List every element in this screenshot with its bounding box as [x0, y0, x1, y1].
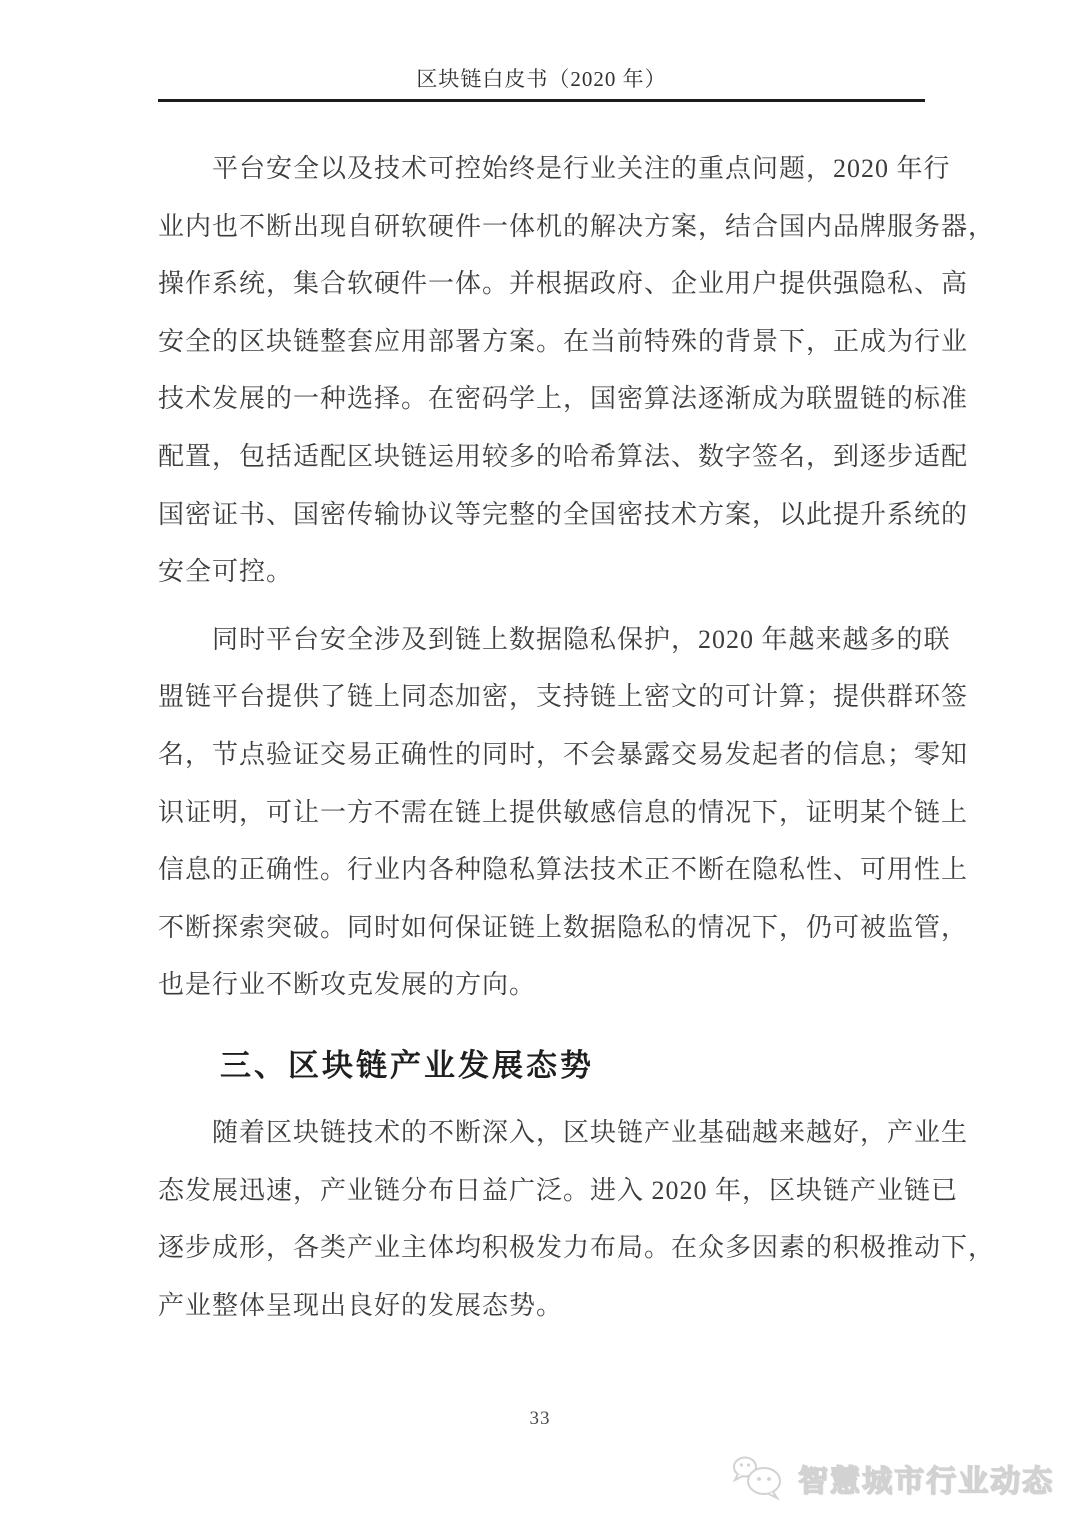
text-line: 技术发展的一种选择。在密码学上，国密算法逐渐成为联盟链的标准	[158, 370, 928, 428]
paragraph: 同时平台安全涉及到链上数据隐私保护，2020 年越来越多的联盟链平台提供了链上同…	[158, 611, 928, 1014]
text-line: 随着区块链技术的不断深入，区块链产业基础越来越好，产业生	[158, 1104, 928, 1162]
paragraph: 随着区块链技术的不断深入，区块链产业基础越来越好，产业生态发展迅速，产业链分布日…	[158, 1104, 928, 1334]
text-line: 信息的正确性。行业内各种隐私算法技术正不断在隐私性、可用性上	[158, 841, 928, 899]
wechat-chat-bubbles-icon	[730, 1454, 788, 1502]
header-rule	[158, 99, 925, 102]
text-line: 配置，包括适配区块链运用较多的哈希算法、数字签名，到逐步适配	[158, 428, 928, 486]
text-line: 也是行业不断攻克发展的方向。	[158, 956, 928, 1014]
page-number: 33	[0, 1408, 1080, 1430]
page-header: 区块链白皮书（2020 年）	[0, 0, 1080, 102]
document-blocks: 平台安全以及技术可控始终是行业关注的重点问题，2020 年行业内也不断出现自研软…	[158, 140, 928, 1334]
watermark: 智慧城市行业动态	[730, 1454, 1054, 1502]
text-line: 盟链平台提供了链上同态加密，支持链上密文的可计算；提供群环签	[158, 668, 928, 726]
text-line: 不断探索突破。同时如何保证链上数据隐私的情况下，仍可被监管，	[158, 899, 928, 957]
text-line: 操作系统，集合软硬件一体。并根据政府、企业用户提供强隐私、高	[158, 255, 928, 313]
page-header-title: 区块链白皮书（2020 年）	[158, 66, 925, 92]
text-line: 国密证书、国密传输协议等完整的全国密技术方案，以此提升系统的	[158, 486, 928, 544]
text-line: 安全可控。	[158, 543, 928, 601]
text-line: 安全的区块链整套应用部署方案。在当前特殊的背景下，正成为行业	[158, 313, 928, 371]
text-line: 逐步成形，各类产业主体均积极发力布局。在众多因素的积极推动下，	[158, 1219, 928, 1277]
watermark-text: 智慧城市行业动态	[798, 1456, 1054, 1500]
text-line: 平台安全以及技术可控始终是行业关注的重点问题，2020 年行	[158, 140, 928, 198]
text-line: 同时平台安全涉及到链上数据隐私保护，2020 年越来越多的联	[158, 611, 928, 669]
text-line: 名，节点验证交易正确性的同时，不会暴露交易发起者的信息；零知	[158, 726, 928, 784]
section-heading: 三、区块链产业发展态势	[158, 1042, 928, 1090]
text-line: 识证明，可让一方不需在链上提供敏感信息的情况下，证明某个链上	[158, 784, 928, 842]
text-line: 业内也不断出现自研软硬件一体机的解决方案，结合国内品牌服务器，	[158, 198, 928, 256]
text-line: 产业整体呈现出良好的发展态势。	[158, 1277, 928, 1335]
paragraph: 平台安全以及技术可控始终是行业关注的重点问题，2020 年行业内也不断出现自研软…	[158, 140, 928, 601]
document-page: 区块链白皮书（2020 年） 平台安全以及技术可控始终是行业关注的重点问题，20…	[0, 0, 1080, 1528]
text-line: 态发展迅速，产业链分布日益广泛。进入 2020 年，区块链产业链已	[158, 1162, 928, 1220]
